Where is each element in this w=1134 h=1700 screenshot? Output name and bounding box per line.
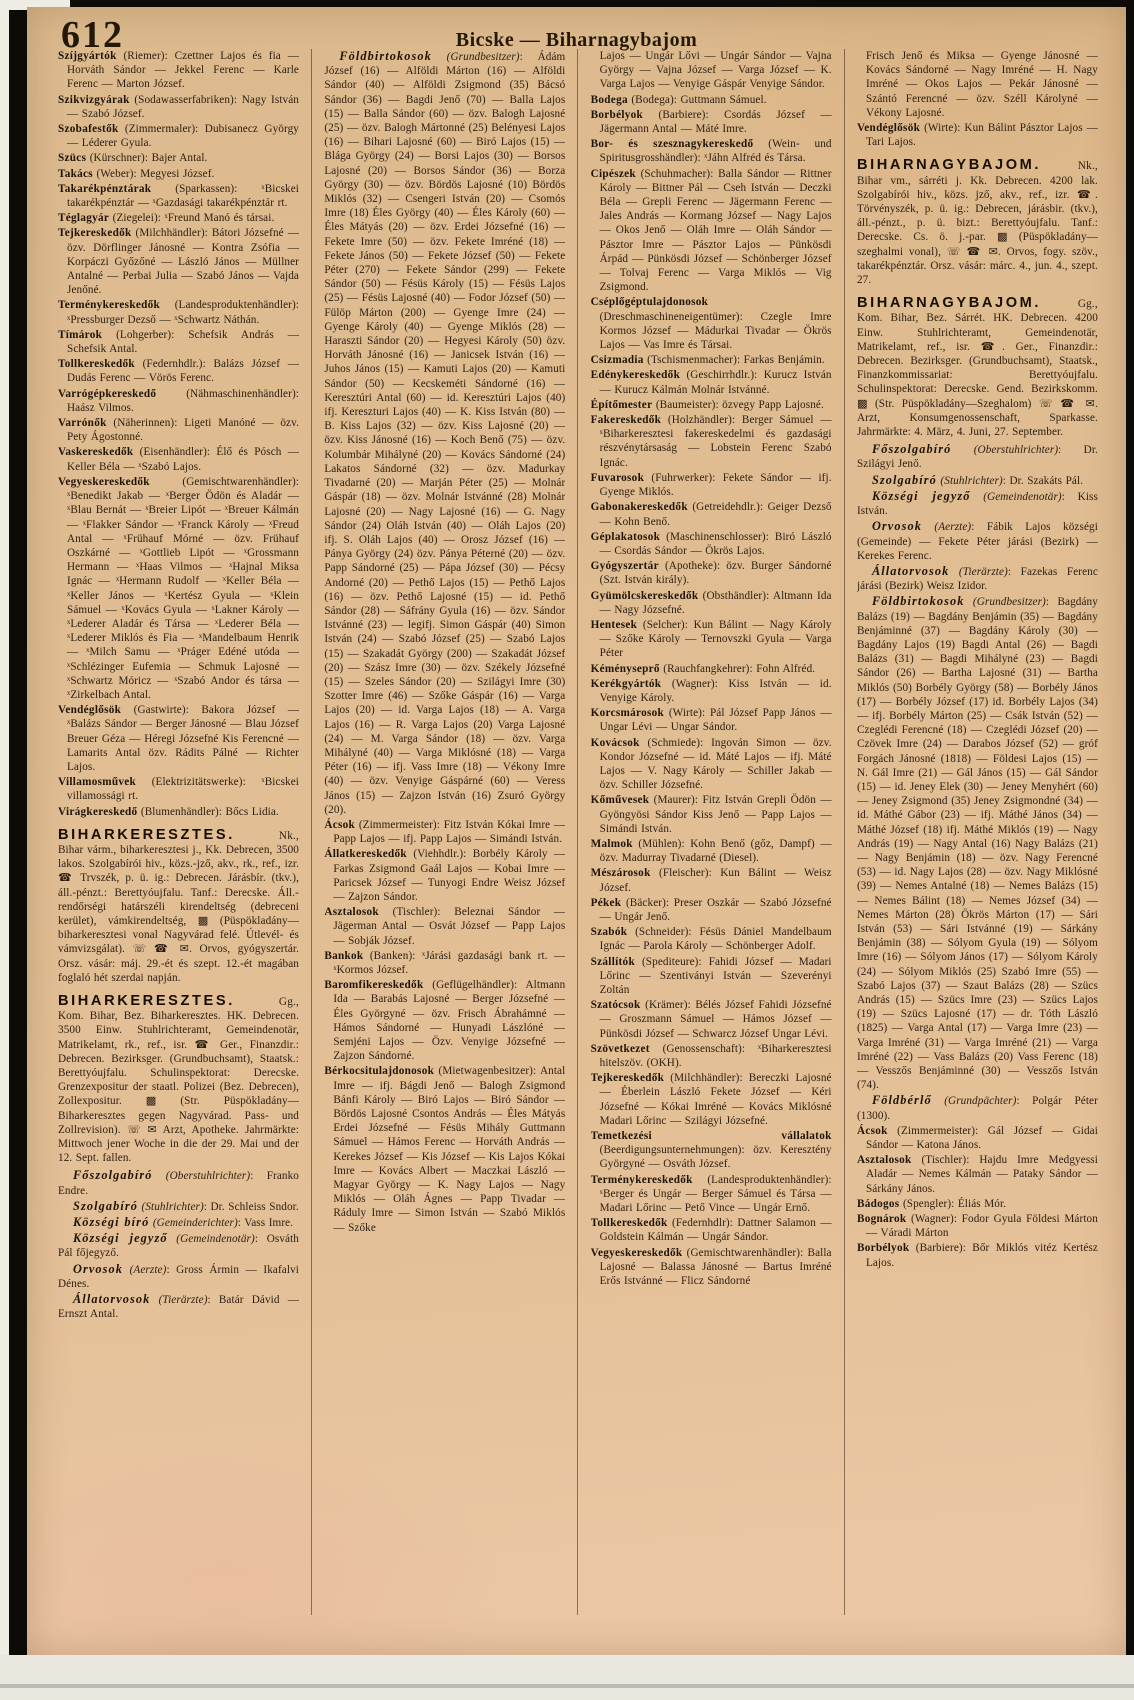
entry-lead: Szíjgyártók	[58, 50, 117, 62]
entry-lead: Asztalosok	[857, 1154, 912, 1166]
entry-german-gloss: (Apotheke)	[659, 560, 717, 572]
directory-entry: Asztalosok (Tischler): Hajdu Imre Medgye…	[857, 1153, 1098, 1196]
town-type-tag: Nk.,	[279, 829, 299, 843]
directory-entry: Szövetkezet (Genossenschaft): ˣBiharkere…	[591, 1042, 832, 1070]
entry-lead: Baromfikereskedők	[324, 979, 423, 991]
column-divider	[311, 49, 312, 1615]
directory-entry: Borbélyok (Barbiere): Csordás József — J…	[591, 108, 832, 136]
directory-entry: Takács (Weber): Megyesi József.	[58, 167, 299, 181]
entry-german-gloss: (Obsthändler)	[698, 590, 766, 602]
directory-entry: Állatorvosok (Tierärzte): Batár Dávid — …	[58, 1292, 299, 1321]
entry-german-gloss: (Bäcker)	[621, 897, 666, 909]
town-heading-line: BIHARKERESZTES.Gg.,	[58, 994, 299, 1009]
town-section-entry: BIHARKERESZTES.Gg.,Kom. Bihar, Bez. Biha…	[58, 994, 299, 1165]
entry-german-gloss: (Stuhlrichter)	[138, 1201, 204, 1213]
town-section-entry: BIHARNAGYBAJOM.Nk.,Bihar vm., sárréti j.…	[857, 158, 1098, 287]
entry-lead: Géplakatosok	[591, 531, 661, 543]
directory-entry: Szikvizgyárak (Sodawasserfabriken): Nagy…	[58, 93, 299, 121]
directory-entry: Malmok (Mühlen): Kohn Benő (gőz, Dampf) …	[591, 837, 832, 865]
entry-german-gloss: (Federnhdlr)	[668, 1217, 730, 1229]
entry-german-gloss: (Ziegelei)	[109, 212, 158, 224]
entry-german-gloss: (Wirte)	[920, 122, 957, 134]
entry-german-gloss: (Näherinnen)	[107, 417, 175, 429]
entry-lead: Ácsok	[324, 819, 355, 831]
entry-german-gloss: (Wagner)	[906, 1213, 953, 1225]
directory-entry: Szíjgyártók (Riemer): Czettner Lajos és …	[58, 49, 299, 92]
directory-entry: Állatorvosok (Tierärzte): Fazekas Ferenc…	[857, 564, 1098, 593]
entry-german-gloss: (Viehhdlr.)	[407, 848, 463, 860]
entry-german-gloss: (Gemeinderichter)	[149, 1217, 237, 1229]
directory-entry: Tímárok (Lohgerber): Schefsik András — S…	[58, 328, 299, 356]
entry-lead: Bor- és szesznagykereskedő	[591, 138, 754, 150]
entry-german-gloss: (Wirte)	[664, 707, 702, 719]
directory-entry: Vaskereskedők (Eisenhändler): Élő és Pós…	[58, 445, 299, 473]
entry-german-gloss: (Gastwirte)	[121, 704, 186, 716]
entry-lead: Fuvarosok	[591, 472, 644, 484]
entry-german-gloss: (Oberstuhlrichter)	[951, 444, 1058, 456]
entry-german-gloss: (Landesproduktenhändler)	[160, 299, 296, 311]
town-heading-line: BIHARNAGYBAJOM.Nk.,	[857, 158, 1098, 173]
directory-entry: Vendéglősök (Wirte): Kun Bálint Pásztor …	[857, 121, 1098, 149]
directory-entry: Vendéglősök (Gastwirte): Bakora József —…	[58, 703, 299, 774]
entry-lead: Szabók	[591, 926, 628, 938]
scanned-directory-page: 612 Bicske — Biharnagybajom Szíjgyártók …	[0, 0, 1134, 1700]
entry-german-gloss: (Milchhändler)	[132, 227, 205, 239]
directory-entry: Kőművesek (Maurer): Fitz István Grepli Ö…	[591, 793, 832, 836]
columns: Szíjgyártók (Riemer): Czettner Lajos és …	[58, 49, 1098, 1621]
directory-entry: Ácsok (Zimmermeister): Gál József — Gida…	[857, 1124, 1098, 1152]
entry-lead: Földbirtokosok	[872, 594, 965, 608]
town-section-entry: BIHARKERESZTES.Nk.,Bihar várm., biharker…	[58, 828, 299, 985]
town-heading-line: BIHARKERESZTES.Nk.,	[58, 828, 299, 843]
entry-lead: Községi jegyző	[73, 1231, 168, 1245]
directory-entry: Lajos — Ungár Lővi — Ungár Sándor — Vajn…	[591, 49, 832, 92]
directory-entry: Frisch Jenő és Miksa — Gyenge Jánosné — …	[857, 49, 1098, 120]
entry-lead: Vegyeskereskedők	[58, 476, 150, 488]
directory-entry: Községi jegyző (Gemeindenotär): Osváth P…	[58, 1231, 299, 1260]
entry-lead: Varrónők	[58, 417, 107, 429]
directory-entry: Virágkereskedő (Blumenhändler): Bőcs Lid…	[58, 805, 299, 819]
entry-lead: Kerékgyártók	[591, 678, 662, 690]
entry-german-gloss: (Blumenhändler)	[137, 806, 218, 818]
directory-entry: Fuvarosok (Fuhrwerker): Fekete Sándor — …	[591, 471, 832, 499]
directory-entry: Főszolgabíró (Oberstuhlrichter): Franko …	[58, 1168, 299, 1197]
entry-german-gloss: (Grundbesitzer)	[965, 596, 1046, 608]
page-edge-left	[0, 0, 9, 1662]
entry-german-gloss: (Mühlen)	[633, 838, 682, 850]
entry-lead: Bognárok	[857, 1213, 906, 1225]
entry-lead: Állatkereskedők	[324, 848, 407, 860]
entry-german-gloss: (Maschinenschlosser)	[660, 531, 766, 543]
entry-german-gloss: (Zimmermaler)	[118, 123, 195, 135]
directory-entry: Vegyeskereskedők (Gemischtwarenhändler):…	[58, 475, 299, 702]
entry-german-gloss: (Krämer)	[641, 999, 688, 1011]
entry-lead: Virágkereskedő	[58, 806, 137, 818]
directory-entry: Terménykereskedők (Landesproduktenhändle…	[591, 1173, 832, 1216]
entry-lead: Földbirtokosok	[339, 49, 432, 63]
directory-entry: Borbélyok (Barbiere): Bőr Miklós vitéz K…	[857, 1241, 1098, 1269]
directory-entry: Gabonakereskedők (Getreidehdlr.): Geiger…	[591, 500, 832, 528]
entry-lead: Vendéglősök	[857, 122, 920, 134]
town-name: BIHARKERESZTES.	[58, 994, 235, 1008]
town-name: BIHARNAGYBAJOM.	[857, 158, 1041, 172]
entry-german-gloss: (Spediteure)	[635, 956, 699, 968]
entry-german-gloss: (Schmiede)	[640, 737, 700, 749]
entry-german-gloss: (Barbiere)	[643, 109, 705, 121]
directory-entry: Edénykereskedők (Geschirrhdlr.): Kurucz …	[591, 368, 832, 396]
directory-entry: Baromfikereskedők (Geflügelhändler): Alt…	[324, 978, 565, 1063]
directory-entry: Hentesek (Selcher): Kun Bálint — Nagy Ká…	[591, 618, 832, 661]
entry-lead: Edénykereskedők	[591, 369, 680, 381]
entry-lead: Tímárok	[58, 329, 102, 341]
directory-entry: Tollkereskedők (Federnhdlr): Dattner Sal…	[591, 1216, 832, 1244]
entry-lead: Ácsok	[857, 1125, 888, 1137]
directory-entry: Tejkereskedők (Milchhändler): Bátori Józ…	[58, 226, 299, 297]
entry-lead: Temetkezési vállalatok	[591, 1130, 832, 1142]
entry-lead: Vaskereskedők	[58, 446, 133, 458]
directory-entry: Cséplőgéptulajdonosok (Dreschmaschinenei…	[591, 295, 832, 352]
column-1: Szíjgyártók (Riemer): Czettner Lajos és …	[58, 49, 299, 1621]
entry-lead: Állatorvosok	[872, 564, 949, 578]
entry-lead: Terménykereskedők	[591, 1174, 693, 1186]
directory-entry: Községi jegyző (Gemeindenotär): Kiss Ist…	[857, 489, 1098, 518]
entry-german-gloss: (Oberstuhlrichter)	[152, 1170, 250, 1182]
town-name: BIHARNAGYBAJOM.	[857, 296, 1041, 310]
entry-lead: Orvosok	[872, 519, 922, 533]
column-2: Földbirtokosok (Grundbesitzer): Ádám Józ…	[324, 49, 565, 1621]
entry-lead: Tollkereskedők	[58, 358, 135, 370]
entry-german-gloss: (Aerzte)	[922, 521, 971, 533]
directory-entry: Főszolgabíró (Oberstuhlrichter): Dr. Szi…	[857, 442, 1098, 471]
town-type-tag: Nk.,	[1078, 159, 1098, 173]
entry-german-gloss: (Mietwagenbesitzer)	[434, 1065, 533, 1077]
directory-entry: Temetkezési vállalatok (Beerdigungsunter…	[591, 1129, 832, 1172]
entry-german-gloss: (Weber)	[93, 168, 134, 180]
entry-lead: Fakereskedők	[591, 414, 662, 426]
entry-lead: Községi jegyző	[872, 489, 971, 503]
entry-german-gloss: (Geschirrhdlr.)	[680, 369, 754, 381]
directory-entry: Állatkereskedők (Viehhdlr.): Borbély Kár…	[324, 847, 565, 904]
entry-lead: Villamosművek	[58, 776, 136, 788]
entry-lead: Bádogos	[857, 1198, 900, 1210]
entry-german-gloss: (Genossenschaft)	[650, 1043, 742, 1055]
entry-lead: Kéményseprő	[591, 663, 660, 675]
entry-german-gloss: (Beerdigungsunternehmungen)	[600, 1144, 742, 1156]
entry-german-gloss: (Eisenhändler)	[133, 446, 207, 458]
entry-german-gloss: (Sodawasserfabriken)	[130, 94, 234, 106]
directory-entry: Bognárok (Wagner): Fodor Gyula Földesi M…	[857, 1212, 1098, 1240]
entry-german-gloss: (Selcher)	[637, 619, 685, 631]
entry-lead: Cséplőgéptulajdonosok	[591, 296, 709, 308]
entry-german-gloss: (Nähmaschinenhändler)	[156, 388, 295, 400]
entry-german-gloss: (Riemer)	[117, 50, 165, 62]
entry-german-gloss: (Kürschner)	[86, 152, 145, 164]
entry-german-gloss: (Grundbesitzer)	[432, 51, 520, 63]
entry-german-gloss: (Wagner)	[661, 678, 714, 690]
entry-lead: Borbélyok	[857, 1242, 909, 1254]
entry-german-gloss: (Landesproduktenhändler)	[693, 1174, 829, 1186]
directory-entry: Szolgabíró (Stuhlrichter): Dr. Szakáts P…	[857, 473, 1098, 488]
directory-entry: Földbirtokosok (Grundbesitzer): Bagdány …	[857, 594, 1098, 1092]
entry-lead: Szállítók	[591, 956, 635, 968]
column-3: Lajos — Ungár Lővi — Ungár Sándor — Vajn…	[591, 49, 832, 1621]
entry-german-gloss: (Barbiere)	[909, 1242, 962, 1254]
column-divider	[844, 49, 845, 1615]
entry-lead: Főszolgabíró	[73, 1168, 152, 1182]
entry-german-gloss: (Dreschmaschineneigentümer)	[600, 311, 740, 323]
entry-german-gloss: (Federnhdlr.)	[135, 358, 203, 370]
directory-entry: Szabók (Schneider): Fésüs Dániel Mandelb…	[591, 925, 832, 953]
town-name: BIHARKERESZTES.	[58, 828, 235, 842]
directory-entry: Takarékpénztárak (Sparkassen): ˣBicskei …	[58, 182, 299, 210]
directory-entry: Orvosok (Aerzte): Fábik Lajos községi (G…	[857, 519, 1098, 563]
entry-german-gloss: (Tschismenmacher)	[644, 354, 737, 366]
entry-german-gloss: (Stuhlrichter)	[937, 475, 1003, 487]
entry-lead: Állatorvosok	[73, 1292, 150, 1306]
entry-german-gloss: (Baumeister)	[652, 399, 715, 411]
entry-lead: Tejkereskedők	[58, 227, 132, 239]
entry-german-gloss: (Zimmermeister)	[355, 819, 437, 831]
entry-german-gloss: (Schuhmacher)	[636, 168, 710, 180]
directory-entry: Gyümölcskereskedők (Obsthändler): Altman…	[591, 589, 832, 617]
entry-lead: Varrógépkereskedő	[58, 388, 156, 400]
entry-german-gloss: (Tischler)	[912, 1154, 967, 1166]
town-heading-line: BIHARNAGYBAJOM.Gg.,	[857, 296, 1098, 311]
directory-entry: Varrógépkereskedő (Nähmaschinenhändler):…	[58, 387, 299, 415]
directory-entry: Tejkereskedők (Milchhändler): Bereczki L…	[591, 1071, 832, 1128]
entry-lead: Vendéglősök	[58, 704, 121, 716]
entry-german-gloss: (Bodega)	[628, 94, 674, 106]
directory-entry: Kovácsok (Schmiede): Ingován Simon — özv…	[591, 736, 832, 793]
directory-entry: Földbirtokosok (Grundbesitzer): Ádám Józ…	[324, 49, 565, 817]
directory-entry: Varrónők (Näherinnen): Ligeti Manóné — ö…	[58, 416, 299, 444]
directory-entry: Gyógyszertár (Apotheke): özv. Burger Sán…	[591, 559, 832, 587]
entry-german-gloss: (Gemischtwarenhändler)	[150, 476, 296, 488]
directory-entry: Orvosok (Aerzte): Gross Ármin — Ikafalvi…	[58, 1262, 299, 1291]
town-type-tag: Gg.,	[279, 995, 299, 1009]
entry-lead: Cipészek	[591, 168, 636, 180]
entry-german-gloss: (Grundpächter)	[932, 1095, 1017, 1107]
entry-lead: Pékek	[591, 897, 622, 909]
entry-lead: Bérkocsitulajdonosok	[324, 1065, 434, 1077]
entry-german-gloss: (Gemischtwarenhändler)	[682, 1247, 800, 1259]
entry-lead: Takarékpénztárak	[58, 183, 151, 195]
entry-german-gloss: (Gemeindenotär)	[168, 1233, 255, 1245]
entry-lead: Gyógyszertár	[591, 560, 659, 572]
directory-entry: Kerékgyártók (Wagner): Kiss István — id.…	[591, 677, 832, 705]
entry-lead: Építőmester	[591, 399, 653, 411]
entry-german-gloss: (Schneider)	[627, 926, 688, 938]
entry-lead: Csizmadia	[591, 354, 644, 366]
entry-german-gloss: (Getreidehdlr.)	[688, 501, 760, 513]
directory-entry: Szolgabíró (Stuhlrichter): Dr. Schleiss …	[58, 1199, 299, 1214]
entry-lead: Malmok	[591, 838, 633, 850]
entry-lead: Gabonakereskedők	[591, 501, 688, 513]
entry-lead: Kovácsok	[591, 737, 640, 749]
entry-lead: Szövetkezet	[591, 1043, 650, 1055]
column-4: Frisch Jenő és Miksa — Gyenge Jánosné — …	[857, 49, 1098, 1621]
entry-german-gloss: (Holzhändler)	[661, 414, 732, 426]
directory-entry: Korcsmárosok (Wirte): Pál József Papp Já…	[591, 706, 832, 734]
town-section-entry: BIHARNAGYBAJOM.Gg.,Kom. Bihar, Bez. Sárr…	[857, 296, 1098, 439]
directory-entry: Építőmester (Baumeister): özvegy Papp La…	[591, 398, 832, 412]
entry-lead: Vegyeskereskedők	[591, 1247, 683, 1259]
entry-german-gloss: (Banken)	[363, 950, 412, 962]
directory-entry: Pékek (Bäcker): Preser Oszkár — Szabó Jó…	[591, 896, 832, 924]
directory-entry: Bodega (Bodega): Guttmann Sámuel.	[591, 93, 832, 107]
entry-lead: Községi bíró	[73, 1215, 149, 1229]
entry-german-gloss: (Maurer)	[649, 794, 695, 806]
directory-entry: Bérkocsitulajdonosok (Mietwagenbesitzer)…	[324, 1064, 565, 1234]
scan-bottom-line	[0, 1684, 1134, 1688]
directory-entry: Géplakatosok (Maschinenschlosser): Biró …	[591, 530, 832, 558]
entry-lead: Tejkereskedők	[591, 1072, 665, 1084]
entry-german-gloss: (Aerzte)	[123, 1264, 166, 1276]
directory-entry: Mészárosok (Fleischer): Kun Bálint — Wei…	[591, 866, 832, 894]
entry-lead: Kőművesek	[591, 794, 650, 806]
directory-entry: Kéményseprő (Rauchfangkehrer): Fohn Alfr…	[591, 662, 832, 676]
entry-lead: Szolgabíró	[872, 473, 937, 487]
entry-lead: Gyümölcskereskedők	[591, 590, 699, 602]
directory-entry: Csizmadia (Tschismenmacher): Farkas Benj…	[591, 353, 832, 367]
directory-entry: Tollkereskedők (Federnhdlr.): Balázs Józ…	[58, 357, 299, 385]
entry-lead: Borbélyok	[591, 109, 643, 121]
entry-lead: Főszolgabíró	[872, 442, 951, 456]
entry-lead: Bankok	[324, 950, 363, 962]
page-bottom-edge	[0, 1655, 1134, 1700]
entry-lead: Takács	[58, 168, 93, 180]
entry-lead: Szikvizgyárak	[58, 94, 130, 106]
directory-entry: Villamosművek (Elektrizitätswerke): ˣBic…	[58, 775, 299, 803]
entry-lead: Szatócsok	[591, 999, 641, 1011]
entry-lead: Bodega	[591, 94, 628, 106]
entry-german-gloss: (Fleischer)	[651, 867, 709, 879]
entry-lead: Szobafestők	[58, 123, 118, 135]
entry-lead: Téglagyár	[58, 212, 109, 224]
entry-german-gloss: (Zimmermeister)	[888, 1125, 975, 1137]
entry-lead: Asztalosok	[324, 906, 379, 918]
entry-german-gloss: (Spengler)	[899, 1198, 951, 1210]
entry-german-gloss: (Tierärzte)	[949, 566, 1008, 578]
entry-german-gloss: (Fuhrwerker)	[644, 472, 712, 484]
entry-lead: Szolgabíró	[73, 1199, 138, 1213]
directory-entry: Földbérlő (Grundpächter): Polgár Péter (…	[857, 1093, 1098, 1122]
entry-lead: Terménykereskedők	[58, 299, 160, 311]
town-type-tag: Gg.,	[1078, 297, 1098, 311]
directory-entry: Szücs (Kürschner): Bajer Antal.	[58, 151, 299, 165]
directory-entry: Téglagyár (Ziegelei): ˣFreund Manó és tá…	[58, 211, 299, 225]
directory-entry: Ácsok (Zimmermeister): Fitz István Kókai…	[324, 818, 565, 846]
directory-entry: Terménykereskedők (Landesproduktenhändle…	[58, 298, 299, 326]
entry-lead: Hentesek	[591, 619, 638, 631]
entry-lead: Szücs	[58, 152, 86, 164]
directory-entry: Cipészek (Schuhmacher): Balla Sándor — R…	[591, 167, 832, 295]
entry-german-gloss: (Lohgerber)	[102, 329, 171, 341]
entry-german-gloss: (Tischler)	[379, 906, 437, 918]
entry-german-gloss: (Tierärzte)	[150, 1294, 207, 1306]
paper: 612 Bicske — Biharnagybajom Szíjgyártók …	[27, 7, 1126, 1655]
entry-german-gloss: (Elektrizitätswerke)	[136, 776, 242, 788]
directory-entry: Vegyeskereskedők (Gemischtwarenhändler):…	[591, 1246, 832, 1289]
entry-german-gloss: (Milchhändler)	[664, 1072, 739, 1084]
entry-lead: Mészárosok	[591, 867, 651, 879]
entry-lead: Földbérlő	[872, 1093, 932, 1107]
column-divider	[577, 49, 578, 1615]
directory-entry: Fakereskedők (Holzhändler): Berger Sámue…	[591, 413, 832, 470]
directory-entry: Szatócsok (Krämer): Bélés József Fahidi …	[591, 998, 832, 1041]
directory-entry: Szállítók (Spediteure): Fahidi József — …	[591, 955, 832, 998]
entry-lead: Tollkereskedők	[591, 1217, 668, 1229]
entry-lead: Korcsmárosok	[591, 707, 664, 719]
directory-entry: Asztalosok (Tischler): Beleznai Sándor —…	[324, 905, 565, 948]
directory-entry: Bádogos (Spengler): Éliás Mór.	[857, 1197, 1098, 1211]
entry-lead: Orvosok	[73, 1262, 123, 1276]
directory-entry: Bor- és szesznagykereskedő (Wein- und Sp…	[591, 137, 832, 165]
entry-german-gloss: (Gemeindenotär)	[971, 491, 1062, 503]
entry-german-gloss: (Rauchfangkehrer)	[660, 663, 750, 675]
directory-entry: Szobafestők (Zimmermaler): Dubisanecz Gy…	[58, 122, 299, 150]
directory-entry: Községi bíró (Gemeinderichter): Vass Imr…	[58, 1215, 299, 1230]
entry-german-gloss: (Geflügelhändler)	[423, 979, 514, 991]
directory-entry: Bankok (Banken): ˣJárási gazdasági bank …	[324, 949, 565, 977]
entry-german-gloss: (Sparkassen)	[151, 183, 234, 195]
